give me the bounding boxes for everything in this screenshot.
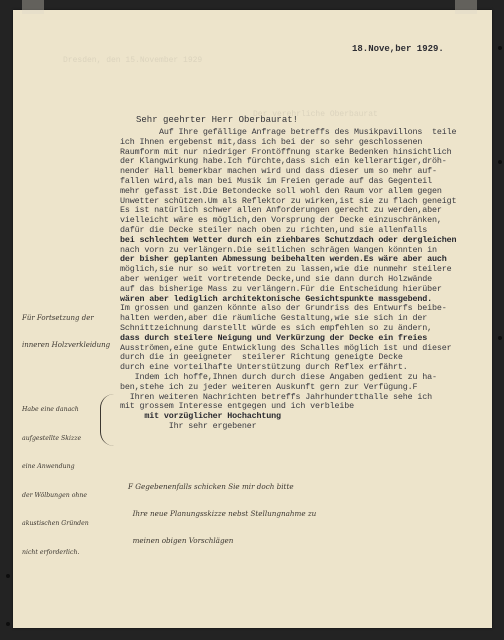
punch-hole (498, 46, 502, 50)
body-line: der Klangwirkung habe.Ich fürchte,dass s… (120, 157, 447, 166)
body-line: Unwetter schützen.Um als Reflektor zu wi… (120, 197, 456, 206)
punch-hole (498, 336, 502, 340)
body-line: ich Ihnen ergebenst mit,dass ich bei der… (120, 138, 422, 147)
body-line: der bisher geplanten Abmessung beibehalt… (120, 255, 447, 264)
letter-date: 18.Nove,ber 1929. (352, 44, 444, 54)
body-line: mit vorzüglicher Hochachtung (120, 412, 281, 421)
body-line: mehr gefasst ist.Die Betondecke soll woh… (120, 187, 442, 196)
body-line: fallen wird,als man bei Musik im Freien … (120, 177, 432, 186)
body-line: Auf Ihre gefällige Anfrage betreffs des … (120, 128, 456, 137)
body-line: ben,stehe ich zu jeder weiteren Auskunft… (120, 383, 417, 392)
handwritten-postscript: F Gegebenenfalls schicken Sie mir doch b… (128, 464, 316, 554)
mounting-tape (455, 0, 477, 14)
punch-hole (6, 574, 10, 578)
body-line: bei schlechtem Wetter durch ein ziehbare… (120, 236, 456, 245)
body-line: aber weniger weit vortretende Decke,und … (120, 275, 432, 284)
body-line: Raumform mit nur niedriger Frontöffnung … (120, 148, 452, 157)
body-line: Schnittzeichnung darstellt würde es sich… (120, 324, 432, 333)
salutation: Sehr geehrter Herr Oberbaurat! (136, 115, 298, 125)
margin-note-2: Habe eine danach aufgestellte Skizze ein… (22, 386, 89, 567)
body-line: wären aber lediglich architektonische Ge… (120, 295, 432, 304)
punch-hole (6, 622, 10, 626)
bleedthrough-text: Dresden, den 15.November 1929 (63, 56, 202, 65)
body-line: dass durch steilere Neigung und Verkürzu… (120, 334, 427, 343)
body-line: nach vorn zu verlängern.Die seitlichen s… (120, 246, 437, 255)
handwritten-bracket (100, 394, 115, 446)
body-line: möglich,sie nur so weit vortreten zu las… (120, 265, 452, 274)
body-line: durch die in geeigneter steilerer Richtu… (120, 353, 403, 362)
body-line: halten werden,aber die räumliche Gestalt… (120, 314, 427, 323)
body-line: Es ist natürlich schwer allen Anforderun… (120, 206, 442, 215)
punch-hole (498, 160, 502, 164)
body-line: Indem ich hoffe,Ihnen durch durch diese … (120, 373, 437, 382)
body-line: vielleicht wäre es möglich,den Vorsprung… (120, 216, 442, 225)
body-line: nender Hall bemerkbar machen wird und da… (120, 167, 437, 176)
body-line: Ihr sehr ergebener (120, 422, 257, 431)
body-line: Ausströmen,eine gute Entwicklung des Sch… (120, 344, 452, 353)
margin-note-1: Für Fortsetzung der inneren Holzverkleid… (22, 296, 110, 359)
body-line: Im grossen und ganzen könnte also der Gr… (120, 304, 447, 313)
mounting-tape (22, 0, 44, 14)
body-line: dafür die Decke steiler nach oben zu ric… (120, 226, 427, 235)
body-line: mit grossem Interesse entgegen und ich v… (120, 402, 354, 411)
body-line: Ihren weiteren Nachrichten betreffs Jahr… (120, 393, 432, 402)
body-line: auf das bisherige Mass zu verlängern.Für… (120, 285, 442, 294)
body-line: durch eine vorteilhafte Unterstützung du… (120, 363, 408, 372)
